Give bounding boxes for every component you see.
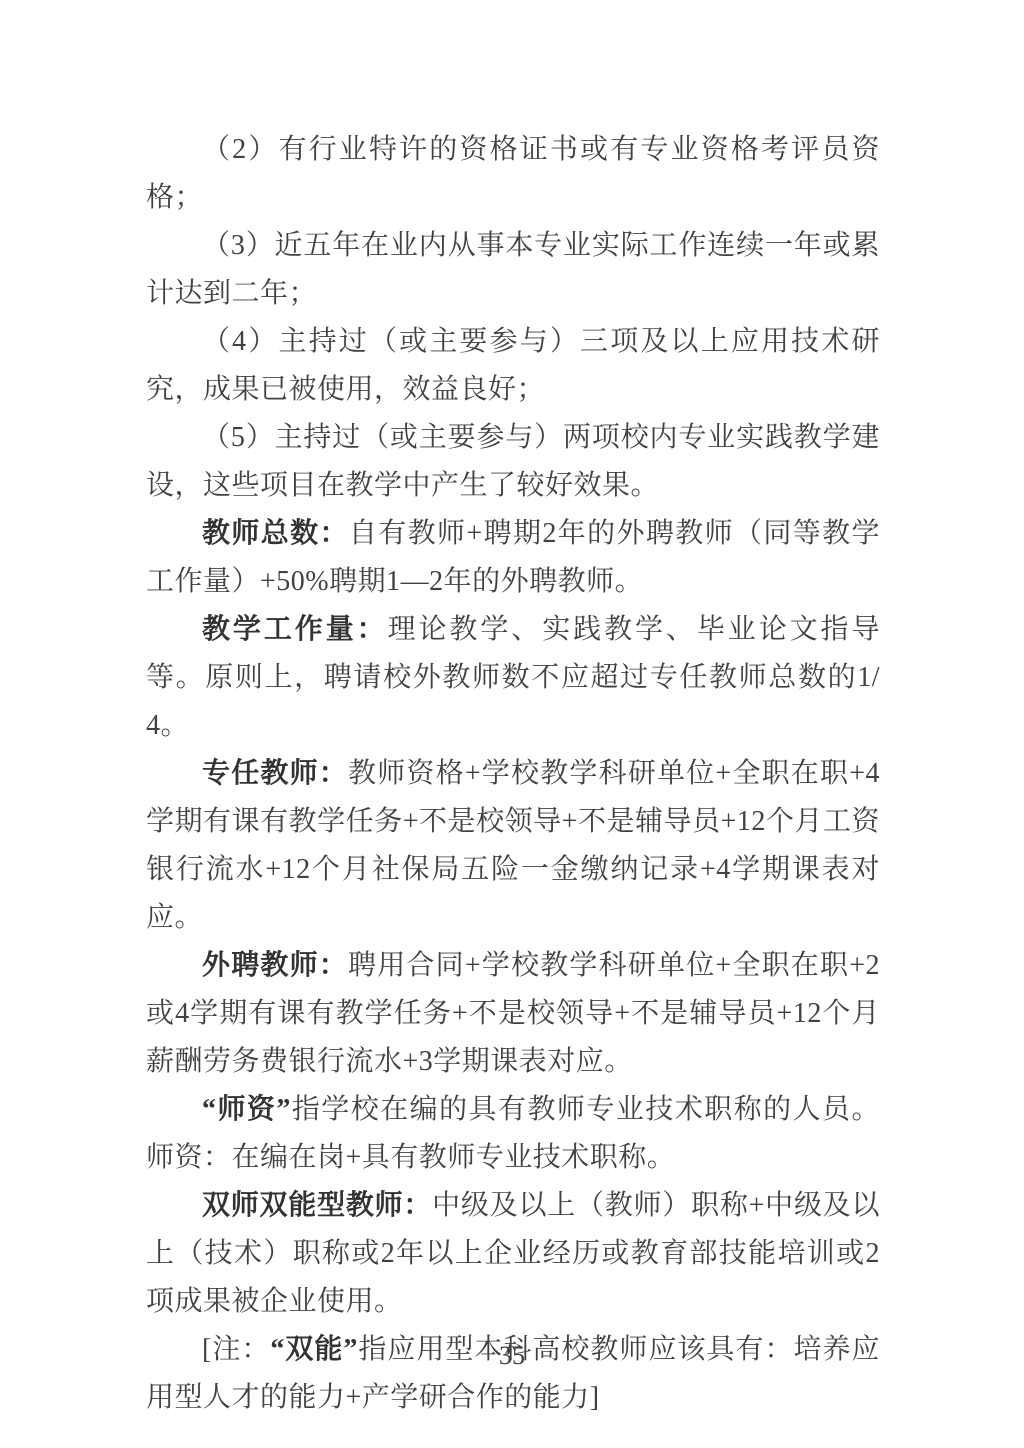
page-number: 35 [0,1340,1024,1372]
paragraph-body: （5）主持过（或主要参与）两项校内专业实践教学建设，这些项目在教学中产生了较好效… [146,422,880,501]
paragraph-teacher-total: 教师总数：自有教师+聘期2年的外聘教师（同等教学工作量）+50%聘期1—2年的外… [146,510,880,606]
paragraph-item-2: （2）有行业特许的资格证书或有专业资格考评员资格； [146,126,880,222]
paragraph-dual-qualified-teacher: 双师双能型教师：中级及以上（教师）职称+中级及以上（技术）职称或2年以上企业经历… [146,1182,880,1326]
text-block: （2）有行业特许的资格证书或有专业资格考评员资格； （3）近五年在业内从事本专业… [146,126,880,1422]
paragraph-teaching-workload: 教学工作量：理论教学、实践教学、毕业论文指导等。原则上，聘请校外教师数不应超过专… [146,606,880,750]
term-label: “师资” [202,1094,291,1125]
term-label: 外聘教师： [202,950,348,981]
paragraph-fulltime-teacher: 专任教师：教师资格+学校教学科研单位+全职在职+4学期有课有教学任务+不是校领导… [146,750,880,942]
term-label: 教师总数： [202,518,349,549]
paragraph-item-3: （3）近五年在业内从事本专业实际工作连续一年或累计达到二年； [146,222,880,318]
document-page: （2）有行业特许的资格证书或有专业资格考评员资格； （3）近五年在业内从事本专业… [0,0,1024,1448]
paragraph-body: （4）主持过（或主要参与）三项及以上应用技术研究，成果已被使用，效益良好； [146,326,880,405]
paragraph-body: （2）有行业特许的资格证书或有专业资格考评员资格； [146,134,880,213]
term-label: 双师双能型教师： [202,1190,432,1221]
term-label: 专任教师： [202,758,348,789]
paragraph-item-4: （4）主持过（或主要参与）三项及以上应用技术研究，成果已被使用，效益良好； [146,318,880,414]
paragraph-body: （3）近五年在业内从事本专业实际工作连续一年或累计达到二年； [146,230,880,309]
paragraph-item-5: （5）主持过（或主要参与）两项校内专业实践教学建设，这些项目在教学中产生了较好效… [146,414,880,510]
paragraph-external-teacher: 外聘教师：聘用合同+学校教学科研单位+全职在职+2或4学期有课有教学任务+不是校… [146,942,880,1086]
term-label: 教学工作量： [202,614,388,645]
paragraph-faculty-definition: “师资”指学校在编的具有教师专业技术职称的人员。师资：在编在岗+具有教师专业技术… [146,1086,880,1182]
